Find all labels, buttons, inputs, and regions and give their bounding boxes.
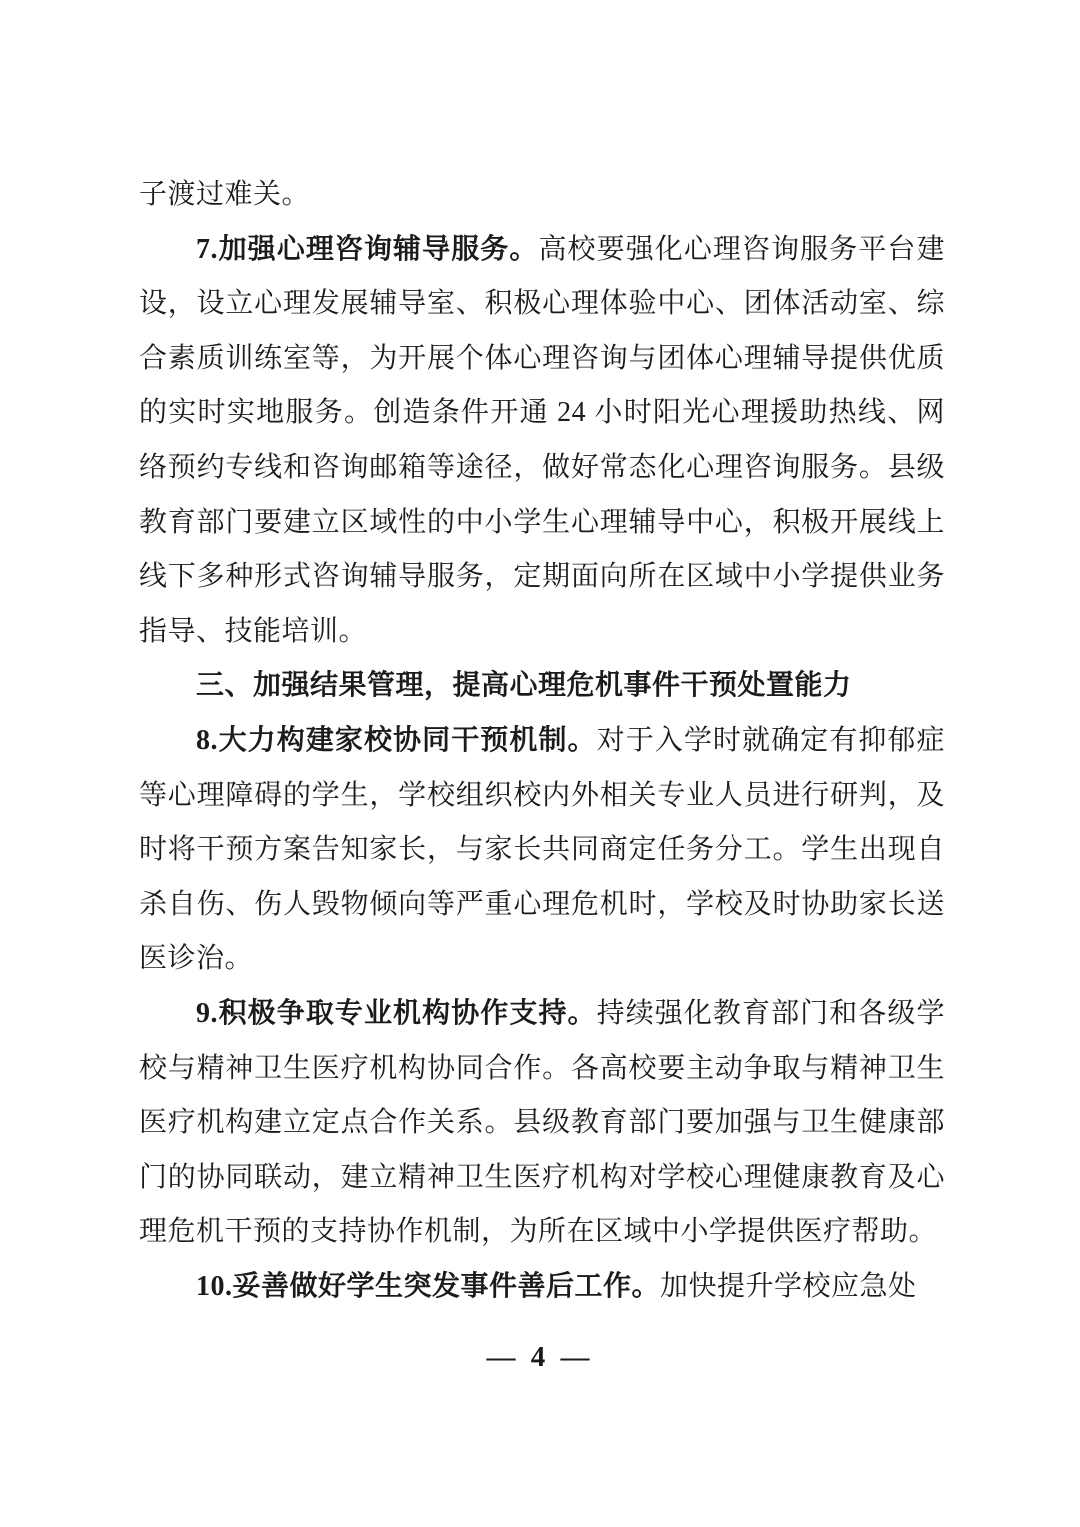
item-7-body: 高校要强化心理咨询服务平台建设，设立心理发展辅导室、积极心理体验中心、团体活动室… [139, 234, 945, 647]
page-footer: — 4 — [0, 1341, 1080, 1373]
document-content: 子渡过难关。 7.加强心理咨询辅导服务。高校要强化心理咨询服务平台建设，设立心理… [139, 168, 945, 1314]
item-8-body: 对于入学时就确定有抑郁症等心理障碍的学生，学校组织校内外相关专业人员进行研判，及… [139, 725, 945, 974]
paragraph-item-7: 7.加强心理咨询辅导服务。高校要强化心理咨询服务平台建设，设立心理发展辅导室、积… [139, 223, 945, 660]
item-9-body: 持续强化教育部门和各级学校与精神卫生医疗机构协同合作。各高校要主动争取与精神卫生… [139, 998, 945, 1247]
page-number: — 4 — [487, 1341, 594, 1373]
item-8-lead: 8.大力构建家校协同干预机制。 [196, 725, 597, 756]
section-heading-3: 三、加强结果管理，提高心理危机事件干预处置能力 [139, 659, 945, 714]
document-page: 子渡过难关。 7.加强心理咨询辅导服务。高校要强化心理咨询服务平台建设，设立心理… [0, 0, 1080, 1527]
item-10-lead: 10.妥善做好学生突发事件善后工作。 [196, 1271, 660, 1302]
paragraph-item-9: 9.积极争取专业机构协作支持。持续强化教育部门和各级学校与精神卫生医疗机构协同合… [139, 987, 945, 1260]
item-9-lead: 9.积极争取专业机构协作支持。 [196, 998, 597, 1029]
item-7-lead: 7.加强心理咨询辅导服务。 [196, 234, 538, 265]
item-10-body: 加快提升学校应急处 [660, 1271, 917, 1302]
paragraph-item-10: 10.妥善做好学生突发事件善后工作。加快提升学校应急处 [139, 1260, 945, 1315]
paragraph-item-8: 8.大力构建家校协同干预机制。对于入学时就确定有抑郁症等心理障碍的学生，学校组织… [139, 714, 945, 987]
paragraph-continuation: 子渡过难关。 [139, 168, 945, 223]
